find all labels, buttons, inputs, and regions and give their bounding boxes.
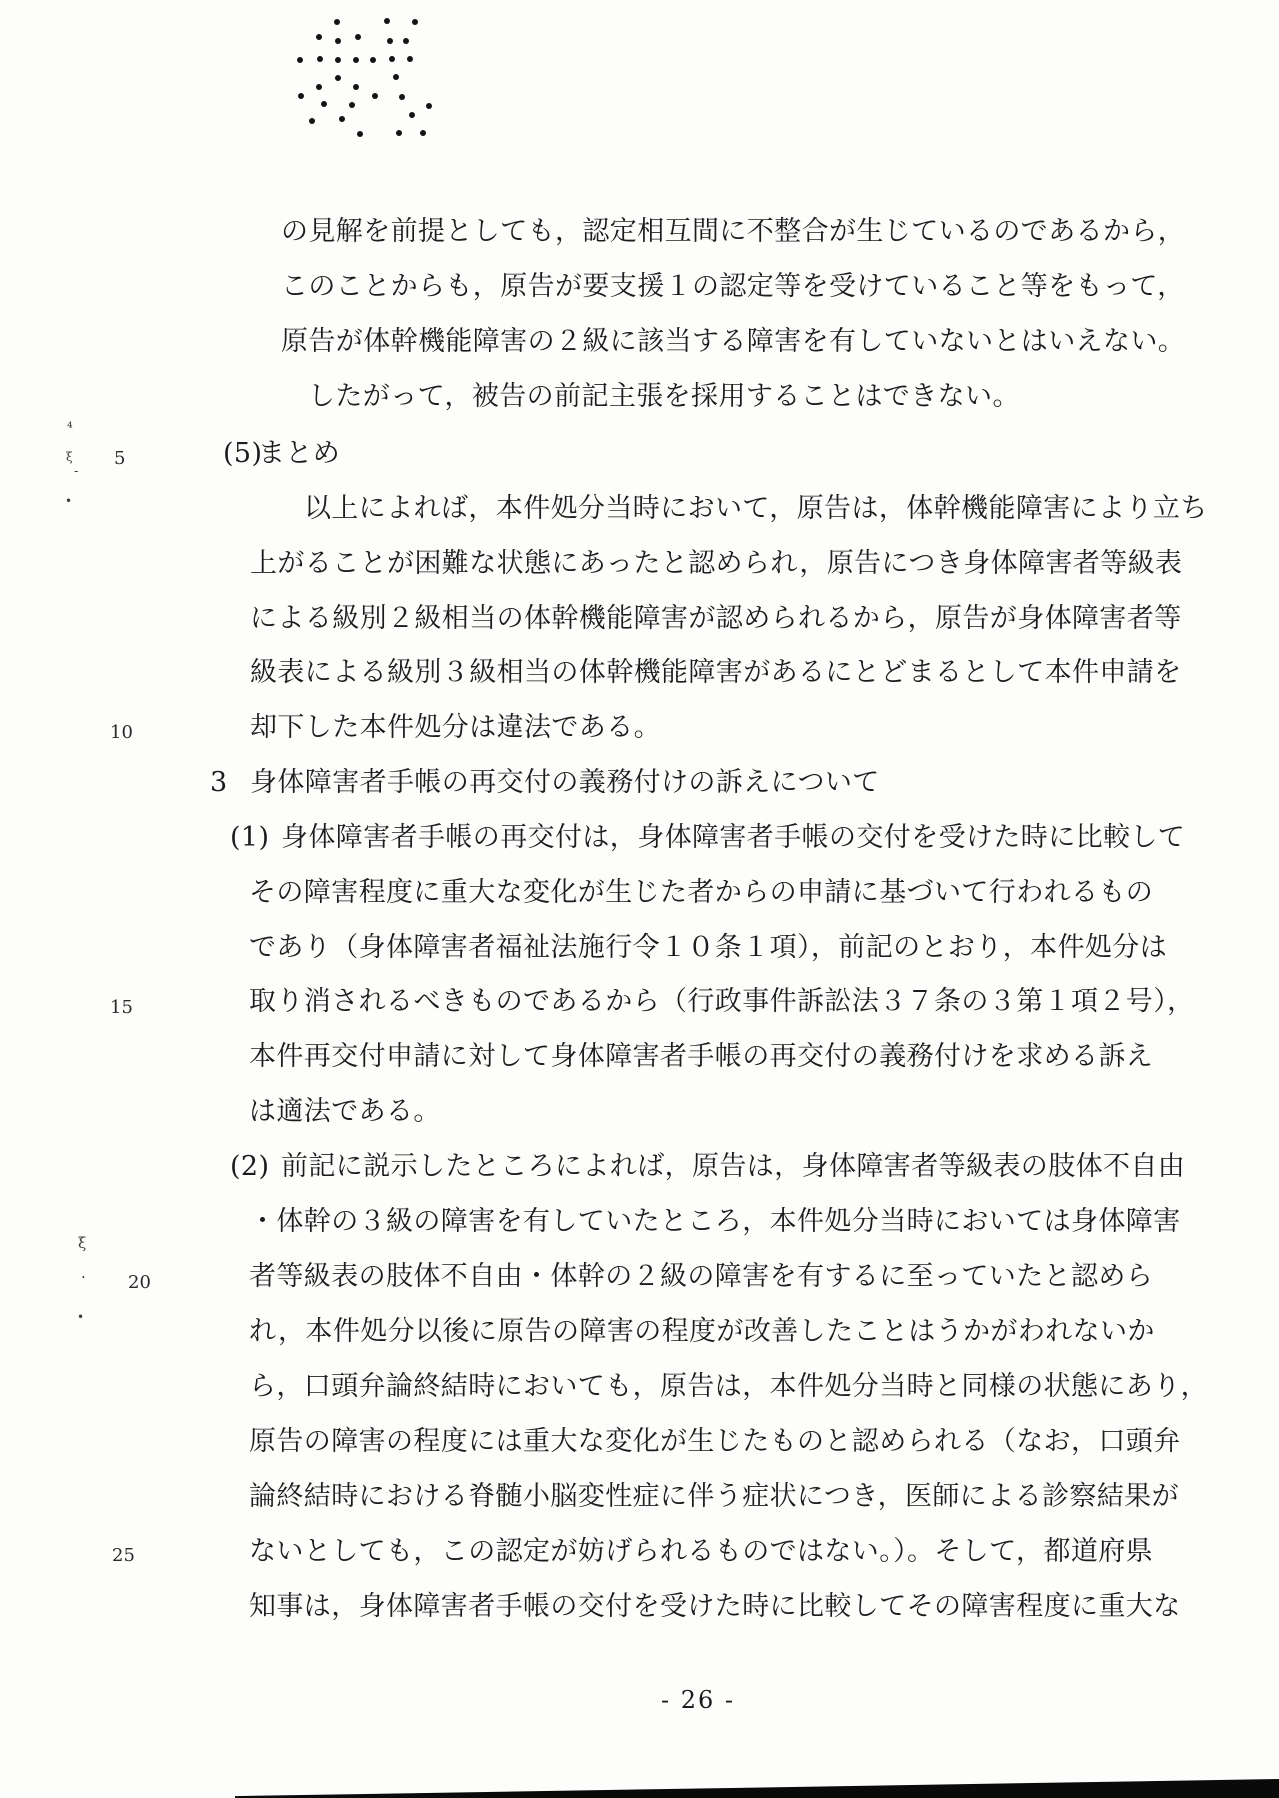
stamp-dot [335,57,341,63]
stamp-dot [335,75,341,81]
text-line-segment: 3 [210,766,228,800]
stamp-dot [355,34,361,40]
stamp-dot [316,84,322,90]
stamp-dot [409,112,415,118]
text-line: 原告の障害の程度には重大な変化が生じたものと認められる（なお，口頭弁 [0,1425,1279,1465]
text-line-segment: は適法である。 [249,1095,441,1129]
stamp-dot [317,56,323,62]
stamp-dot [335,38,341,44]
stamp-dot [298,93,304,99]
text-line-segment: このことからも，原告が要支援１の認定等を受けていること等をもって， [281,270,1185,304]
text-line: の見解を前提としても，認定相互間に不整合が生じているのであるから， [0,215,1279,255]
text-line-segment: による級別２級相当の体幹機能障害が認められるから，原告が身体障害者等 [250,602,1182,636]
text-line: 上がることが困難な状態にあったと認められ，原告につき身体障害者等級表 [0,547,1279,587]
text-line-segment: の見解を前提としても，認定相互間に不整合が生じているのであるから， [281,215,1185,249]
text-line: 知事は，身体障害者手帳の交付を受けた時に比較してその障害程度に重大な [0,1590,1279,1630]
text-line: による級別２級相当の体幹機能障害が認められるから，原告が身体障害者等 [0,602,1279,642]
stamp-dot [412,19,418,25]
stamp-dot [357,131,363,137]
stamp-dot [297,57,303,63]
text-line: 本件再交付申請に対して身体障害者手帳の再交付の義務付けを求める訴え [0,1040,1279,1080]
text-line: 取り消されるべきものであるから（行政事件訴訟法３７条の３第１項２号）， [0,985,1279,1025]
text-line-segment: 原告の障害の程度には重大な変化が生じたものと認められる（なお，口頭弁 [249,1425,1181,1459]
stamp-dot [334,19,340,25]
text-line: 者等級表の肢体不自由・体幹の２級の障害を有するに至っていたと認めら [0,1260,1279,1300]
text-line: 3身体障害者手帳の再交付の義務付けの訴えについて [0,766,1279,806]
text-line: であり（身体障害者福祉法施行令１０条１項），前記のとおり，本件処分は [0,931,1279,971]
text-line-segment: 知事は，身体障害者手帳の交付を受けた時に比較してその障害程度に重大な [249,1590,1181,1624]
text-line: ・体幹の３級の障害を有していたところ，本件処分当時においては身体障害 [0,1205,1279,1245]
text-line-segment: 取り消されるべきものであるから（行政事件訴訟法３７条の３第１項２号）， [249,985,1195,1019]
stamp-dot [396,130,402,136]
text-line: その障害程度に重大な変化が生じた者からの申請に基づいて行われるもの [0,876,1279,916]
scan-edge-artifact [235,1779,1279,1798]
text-line: (1)身体障害者手帳の再交付は，身体障害者手帳の交付を受けた時に比較して [0,821,1279,861]
stamp-dot [387,38,393,44]
text-line-segment: したがって，被告の前記主張を採用することはできない。 [308,380,1020,414]
stamp-dot [407,56,413,62]
text-line-segment: 原告が体幹機能障害の２級に該当する障害を有していないとはいえない。 [281,325,1185,359]
text-line: このことからも，原告が要支援１の認定等を受けていること等をもって， [0,270,1279,310]
margin-pencil-mark: ⁴ [67,420,73,436]
text-line-segment: ら，口頭弁論終結時においても，原告は，本件処分当時と同様の状態にあり， [249,1370,1208,1404]
text-line: 却下した本件処分は違法である。 [0,711,1279,751]
stamp-dot [316,34,322,40]
text-line-segment: (5) [223,437,262,471]
text-line: 級表による級別３級相当の体幹機能障害があるにとどまるとして本件申請を [0,656,1279,696]
text-line-segment: 級表による級別３級相当の体幹機能障害があるにとどまるとして本件申請を [250,656,1182,690]
text-line: したがって，被告の前記主張を採用することはできない。 [0,380,1279,420]
text-line-segment: ・体幹の３級の障害を有していたところ，本件処分当時においては身体障害 [249,1205,1181,1239]
text-line-segment: (1) [230,821,269,855]
page-number-label: - 26 - [661,1686,735,1714]
text-line: ら，口頭弁論終結時においても，原告は，本件処分当時と同様の状態にあり， [0,1370,1279,1410]
text-line-segment: その障害程度に重大な変化が生じた者からの申請に基づいて行われるもの [249,876,1153,910]
text-line: 以上によれば，本件処分当時において，原告は，体幹機能障害により立ち [0,492,1279,532]
text-line-segment: 身体障害者手帳の再交付は，身体障害者手帳の交付を受けた時に比較して [281,821,1185,855]
stamp-dot [426,103,432,109]
stamp-dot [309,118,315,124]
text-line: 原告が体幹機能障害の２級に該当する障害を有していないとはいえない。 [0,325,1279,365]
page-number: - 26 - [661,1686,735,1714]
stamp-dot [353,84,359,90]
stamp-dot [384,18,390,24]
text-line-segment: まとめ [258,437,340,471]
text-line: (2)前記に説示したところによれば，原告は，身体障害者等級表の肢体不自由 [0,1150,1279,1190]
text-line: (5)まとめ [0,437,1279,477]
stamp-dot [399,94,405,100]
scanned-document-page: 510152025 ⁴ξ-•ξ·• の見解を前提としても，認定相互間に不整合が生… [0,0,1279,1798]
stamp-dot [321,101,327,107]
text-line-segment: 身体障害者手帳の再交付の義務付けの訴えについて [250,766,880,800]
text-line-segment: 本件再交付申請に対して身体障害者手帳の再交付の義務付けを求める訴え [249,1040,1153,1074]
text-line-segment: 論終結時における脊髄小脳変性症に伴う症状につき，医師による診察結果が [249,1480,1179,1514]
text-line-segment: れ，本件処分以後に原告の障害の程度が改善したことはうかがわれないか [249,1315,1155,1349]
text-line-segment: 前記に説示したところによれば，原告は，身体障害者等級表の肢体不自由 [281,1150,1185,1184]
stamp-dot [353,57,359,63]
stamp-dot [393,74,399,80]
text-line-segment: 以上によれば，本件処分当時において，原告は，体幹機能障害により立ち [304,492,1208,526]
text-line: は適法である。 [0,1095,1279,1135]
stamp-dot [372,93,378,99]
text-line-segment: (2) [230,1150,269,1184]
text-line: ないとしても，この認定が妨げられるものではない。）。そして，都道府県 [0,1535,1279,1575]
stamp-dot [389,56,395,62]
text-line-segment: 者等級表の肢体不自由・体幹の２級の障害を有するに至っていたと認めら [249,1260,1153,1294]
stamp-dot [370,57,376,63]
text-line-segment: ないとしても，この認定が妨げられるものではない。）。そして，都道府県 [249,1535,1153,1569]
stamp-dot [339,116,345,122]
text-line: れ，本件処分以後に原告の障害の程度が改善したことはうかがわれないか [0,1315,1279,1355]
stamp-dot [420,130,426,136]
text-line-segment: であり（身体障害者福祉法施行令１０条１項），前記のとおり，本件処分は [249,931,1167,965]
text-line-segment: 上がることが困難な状態にあったと認められ，原告につき身体障害者等級表 [250,547,1182,581]
text-line-segment: 却下した本件処分は違法である。 [250,711,661,745]
stamp-dot [403,38,409,44]
stamp-dot [349,102,355,108]
text-line: 論終結時における脊髄小脳変性症に伴う症状につき，医師による診察結果が [0,1480,1279,1520]
